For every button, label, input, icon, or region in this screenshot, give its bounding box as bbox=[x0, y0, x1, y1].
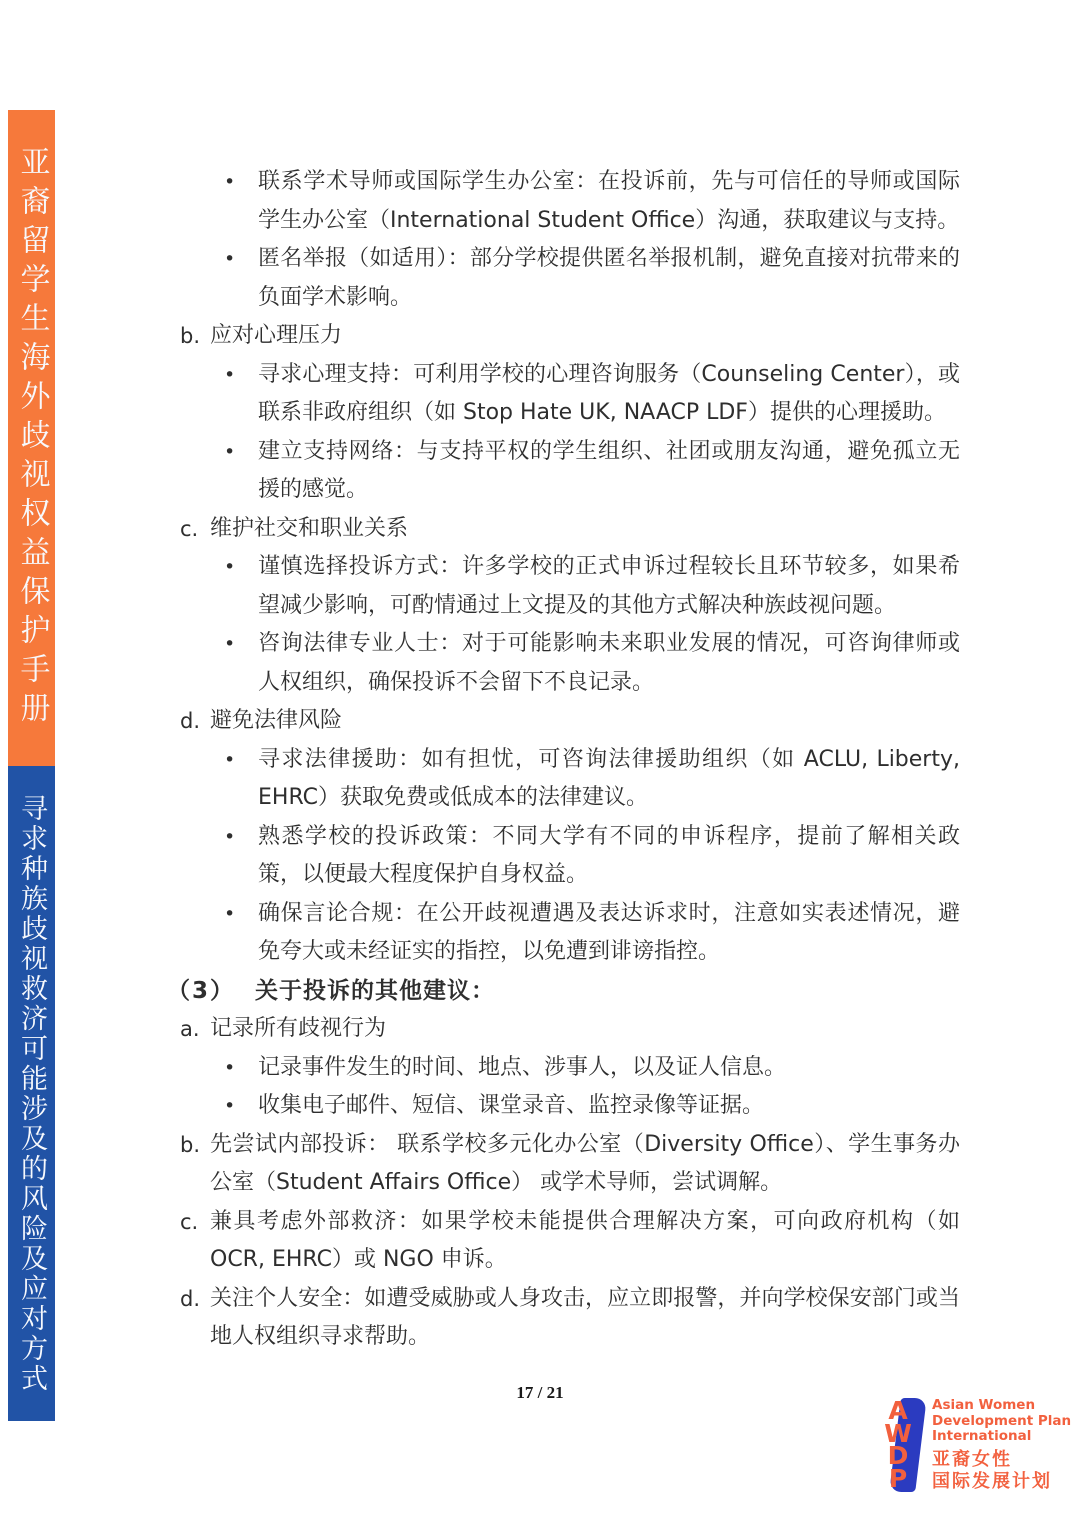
list-text: 建立支持网络：与支持平权的学生组织、社团或朋友沟通，避免孤立无援的感觉。 bbox=[258, 433, 960, 510]
bullet-item: •收集电子邮件、短信、课堂录音、监控录像等证据。 bbox=[180, 1087, 960, 1126]
letter-item: d.避免法律风险 bbox=[180, 702, 960, 741]
list-marker: （3） bbox=[167, 972, 235, 1011]
list-marker: a. bbox=[180, 1010, 210, 1049]
sidebar-orange-banner: 亚裔留学生海外歧视权益保护手册 bbox=[8, 110, 55, 766]
awdp-logo: AWDP Asian WomenDevelopment PlanInternat… bbox=[882, 1398, 1071, 1493]
logo-english-lines: Asian WomenDevelopment PlanInternational bbox=[932, 1398, 1071, 1445]
list-text: 收集电子邮件、短信、课堂录音、监控录像等证据。 bbox=[258, 1087, 960, 1126]
bullet-icon: • bbox=[224, 548, 258, 587]
list-text: 关于投诉的其他建议： bbox=[255, 972, 495, 1011]
bullet-item: •建立支持网络：与支持平权的学生组织、社团或朋友沟通，避免孤立无援的感觉。 bbox=[180, 433, 960, 510]
list-text: 确保言论合规：在公开歧视遭遇及表达诉求时，注意如实表述情况，避免夸大或未经证实的… bbox=[258, 895, 960, 972]
list-text: 关注个人安全：如遭受威胁或人身攻击，应立即报警，并向学校保安部门或当地人权组织寻… bbox=[210, 1280, 960, 1357]
bullet-item: •确保言论合规：在公开歧视遭遇及表达诉求时，注意如实表述情况，避免夸大或未经证实… bbox=[180, 895, 960, 972]
list-text: 寻求法律援助：如有担忧，可咨询法律援助组织（如 ACLU, Liberty, E… bbox=[258, 741, 960, 818]
bullet-item: •熟悉学校的投诉政策：不同大学有不同的申诉程序，提前了解相关政策，以便最大程度保… bbox=[180, 818, 960, 895]
bullet-icon: • bbox=[224, 1049, 258, 1088]
list-text: 兼具考虑外部救济：如果学校未能提供合理解决方案，可向政府机构（如 OCR, EH… bbox=[210, 1203, 960, 1280]
bullet-item: •咨询法律专业人士：对于可能影响未来职业发展的情况，可咨询律师或人权组织，确保投… bbox=[180, 625, 960, 702]
list-text: 熟悉学校的投诉政策：不同大学有不同的申诉程序，提前了解相关政策，以便最大程度保护… bbox=[258, 818, 960, 895]
letter-item: a.记录所有歧视行为 bbox=[180, 1010, 960, 1049]
logo-monogram: AWDP bbox=[883, 1400, 913, 1490]
letter-item: d.关注个人安全：如遭受威胁或人身攻击，应立即报警，并向学校保安部门或当地人权组… bbox=[180, 1280, 960, 1357]
letter-item: b.先尝试内部投诉： 联系学校多元化办公室（Diversity Office）、… bbox=[180, 1126, 960, 1203]
bullet-icon: • bbox=[224, 433, 258, 472]
list-text: 先尝试内部投诉： 联系学校多元化办公室（Diversity Office）、学生… bbox=[210, 1126, 960, 1203]
bullet-item: •联系学术导师或国际学生办公室：在投诉前，先与可信任的导师或国际学生办公室（In… bbox=[180, 163, 960, 240]
bullet-item: •记录事件发生的时间、地点、涉事人，以及证人信息。 bbox=[180, 1049, 960, 1088]
bullet-icon: • bbox=[224, 240, 258, 279]
bullet-icon: • bbox=[224, 356, 258, 395]
bullet-icon: • bbox=[224, 163, 258, 202]
logo-english-line: Asian Women bbox=[932, 1398, 1071, 1414]
list-text: 应对心理压力 bbox=[210, 317, 960, 356]
list-marker: c. bbox=[180, 1203, 210, 1242]
list-text: 寻求心理支持：可利用学校的心理咨询服务（Counseling Center），或… bbox=[258, 356, 960, 433]
logo-chinese-line: 国际发展计划 bbox=[932, 1471, 1071, 1493]
content-area: •联系学术导师或国际学生办公室：在投诉前，先与可信任的导师或国际学生办公室（In… bbox=[180, 163, 960, 1357]
list-marker: c. bbox=[180, 510, 210, 549]
list-marker: b. bbox=[180, 317, 210, 356]
list-text: 记录所有歧视行为 bbox=[210, 1010, 960, 1049]
list-text: 联系学术导师或国际学生办公室：在投诉前，先与可信任的导师或国际学生办公室（Int… bbox=[258, 163, 960, 240]
bullet-icon: • bbox=[224, 1087, 258, 1126]
list-text: 谨慎选择投诉方式：许多学校的正式申诉过程较长且环节较多，如果希望减少影响，可酌情… bbox=[258, 548, 960, 625]
bullet-item: •寻求法律援助：如有担忧，可咨询法律援助组织（如 ACLU, Liberty, … bbox=[180, 741, 960, 818]
letter-item: c.兼具考虑外部救济：如果学校未能提供合理解决方案，可向政府机构（如 OCR, … bbox=[180, 1203, 960, 1280]
awdp-logo-mark-icon: AWDP bbox=[882, 1398, 924, 1492]
list-marker: b. bbox=[180, 1126, 210, 1165]
letter-item: c.维护社交和职业关系 bbox=[180, 510, 960, 549]
list-text: 维护社交和职业关系 bbox=[210, 510, 960, 549]
list-marker: d. bbox=[180, 702, 210, 741]
bullet-item: •寻求心理支持：可利用学校的心理咨询服务（Counseling Center），… bbox=[180, 356, 960, 433]
bullet-icon: • bbox=[224, 895, 258, 934]
logo-chinese-lines: 亚裔女性国际发展计划 bbox=[932, 1449, 1071, 1493]
list-marker: d. bbox=[180, 1280, 210, 1319]
bullet-icon: • bbox=[224, 625, 258, 664]
logo-monogram-letter: P bbox=[883, 1468, 913, 1491]
logo-english-line: International bbox=[932, 1429, 1071, 1445]
bullet-icon: • bbox=[224, 818, 258, 857]
logo-chinese-line: 亚裔女性 bbox=[932, 1449, 1071, 1471]
list-text: 咨询法律专业人士：对于可能影响未来职业发展的情况，可咨询律师或人权组织，确保投诉… bbox=[258, 625, 960, 702]
list-text: 匿名举报（如适用）：部分学校提供匿名举报机制，避免直接对抗带来的负面学术影响。 bbox=[258, 240, 960, 317]
section-heading: （3）关于投诉的其他建议： bbox=[167, 972, 960, 1011]
list-text: 避免法律风险 bbox=[210, 702, 960, 741]
sidebar-orange-label: 亚裔留学生海外歧视权益保护手册 bbox=[10, 146, 54, 731]
list-text: 记录事件发生的时间、地点、涉事人，以及证人信息。 bbox=[258, 1049, 960, 1088]
bullet-item: •匿名举报（如适用）：部分学校提供匿名举报机制，避免直接对抗带来的负面学术影响。 bbox=[180, 240, 960, 317]
document-page: 亚裔留学生海外歧视权益保护手册 寻求种族歧视救济可能涉及的风险及应对方式 •联系… bbox=[0, 0, 1080, 1528]
logo-text-column: Asian WomenDevelopment PlanInternational… bbox=[932, 1398, 1071, 1493]
letter-item: b.应对心理压力 bbox=[180, 317, 960, 356]
bullet-icon: • bbox=[224, 741, 258, 780]
sidebar-blue-label: 寻求种族歧视救济可能涉及的风险及应对方式 bbox=[12, 794, 51, 1394]
bullet-item: •谨慎选择投诉方式：许多学校的正式申诉过程较长且环节较多，如果希望减少影响，可酌… bbox=[180, 548, 960, 625]
logo-english-line: Development Plan bbox=[932, 1414, 1071, 1430]
sidebar-blue-banner: 寻求种族歧视救济可能涉及的风险及应对方式 bbox=[8, 766, 55, 1421]
